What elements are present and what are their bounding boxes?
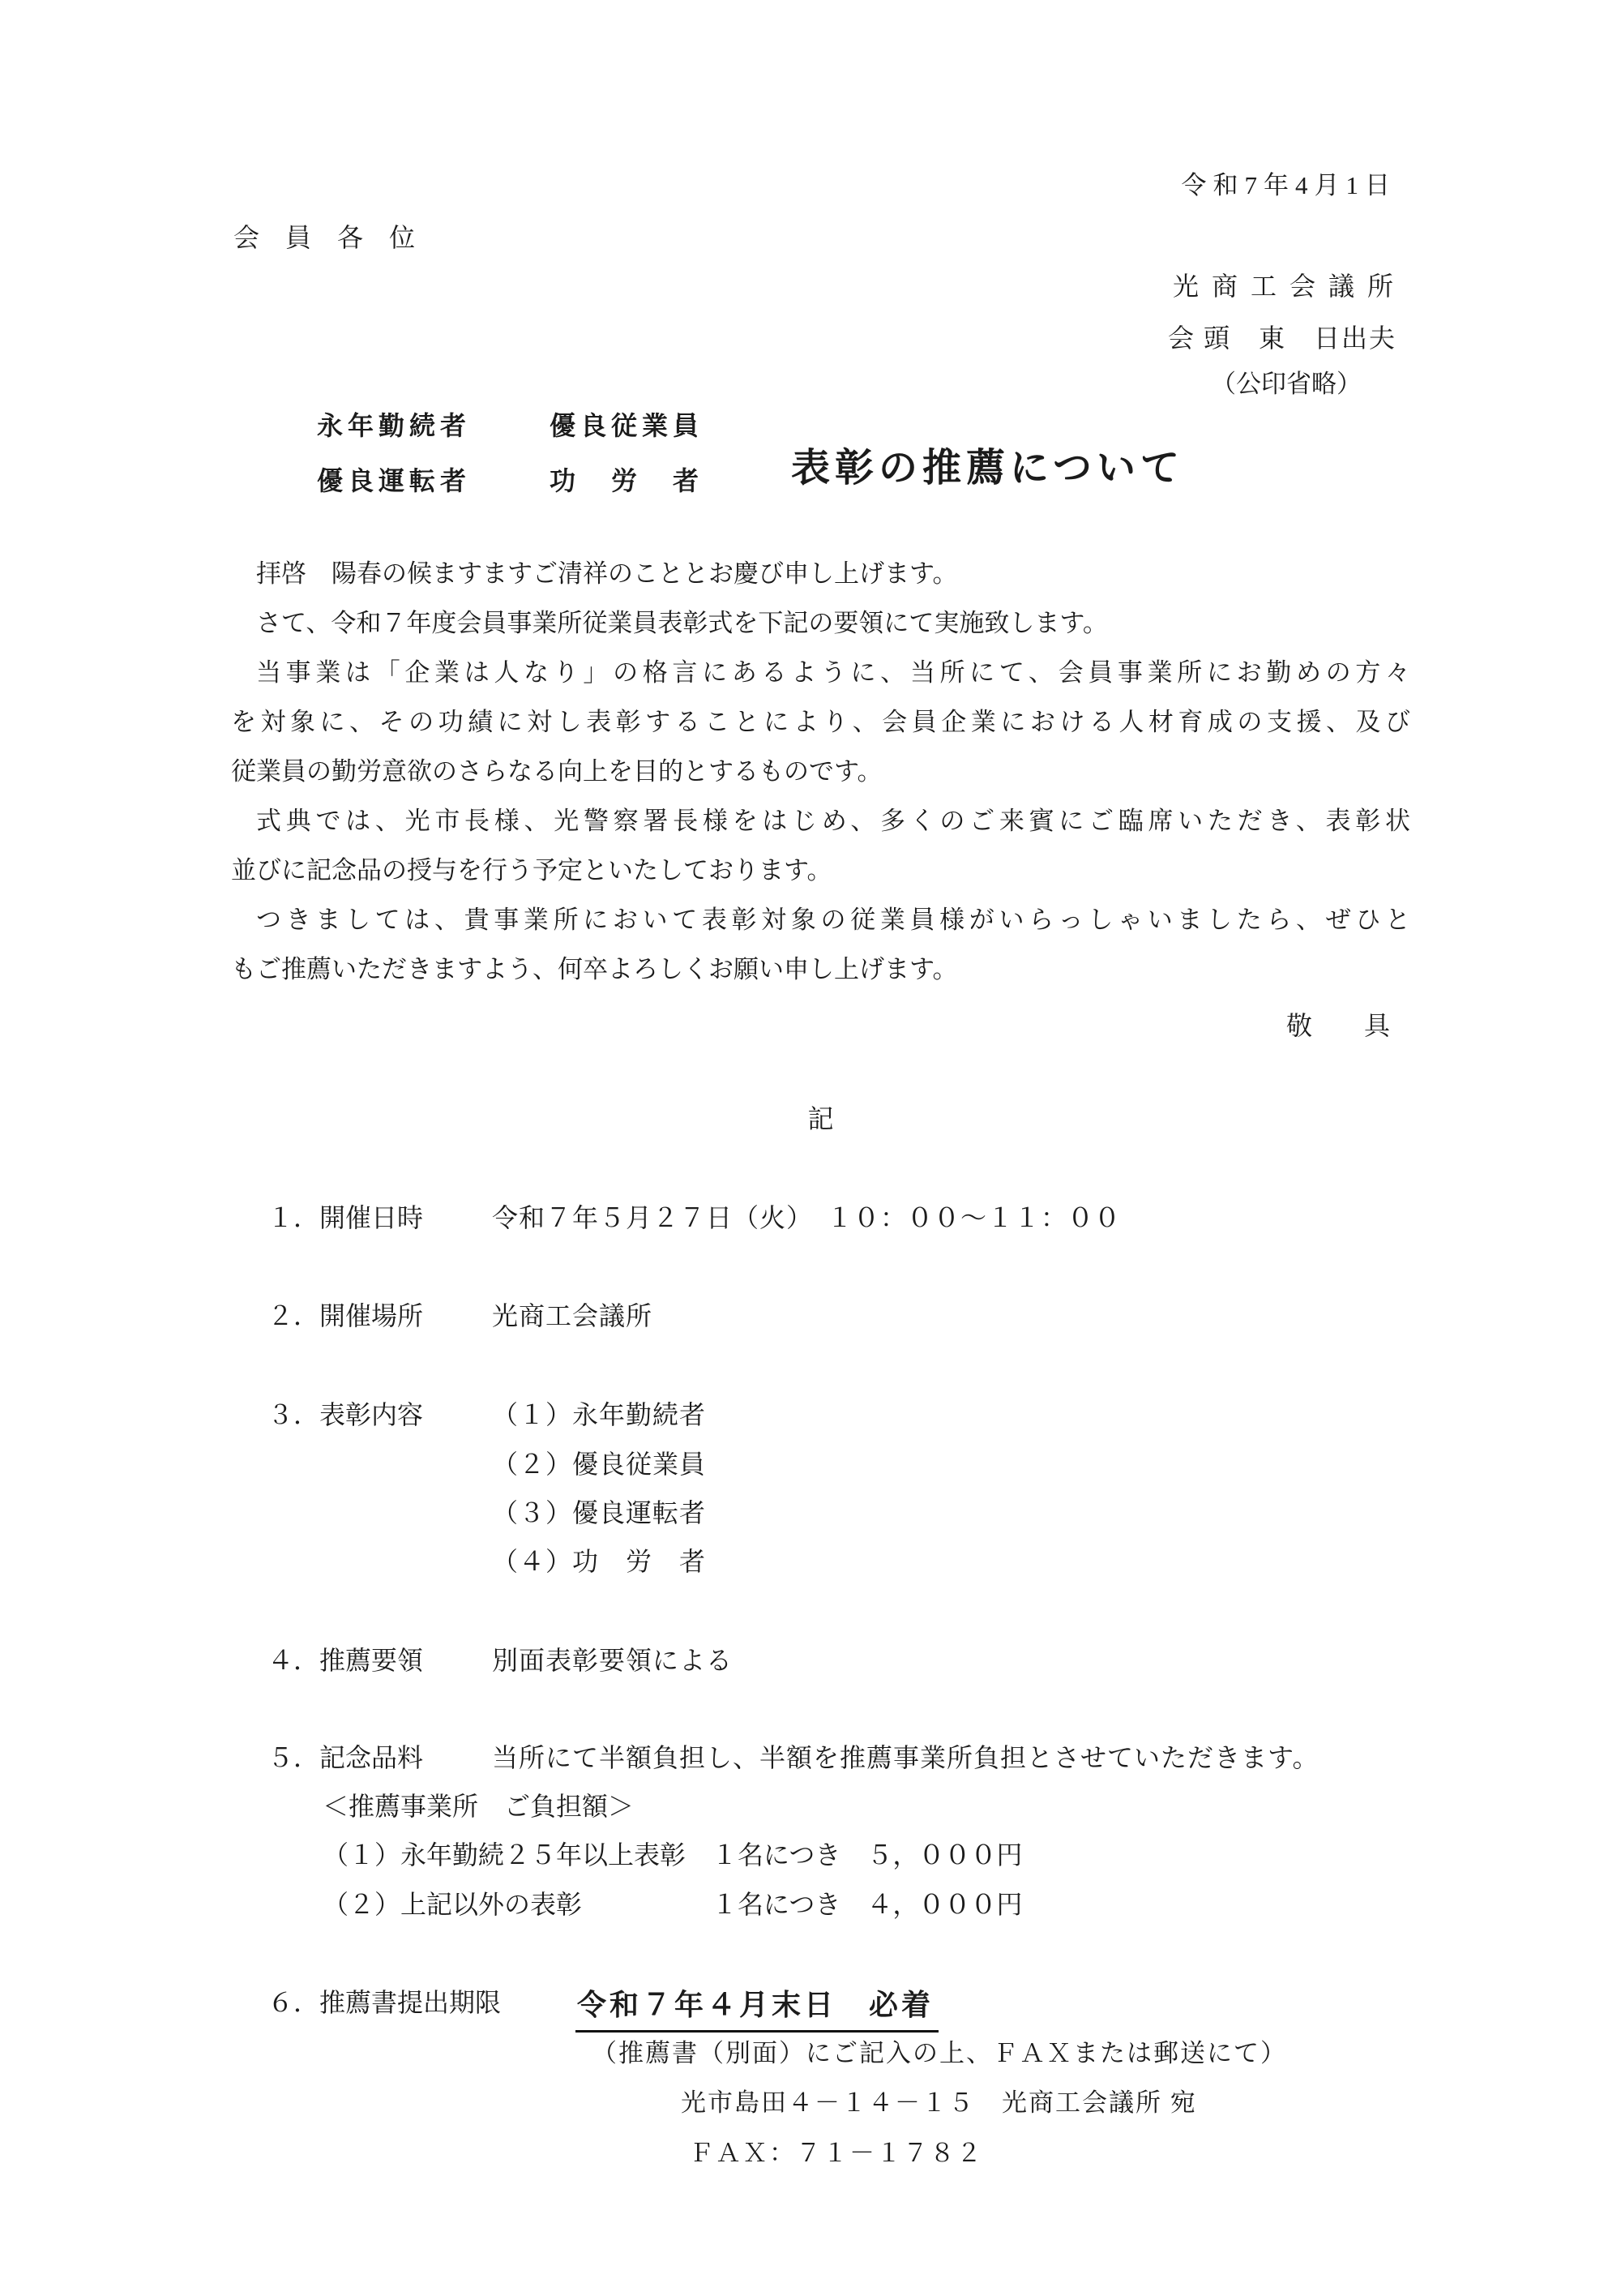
item-6-address: 光市島田４－１４－１５ 光商工会議所 宛 [0,2082,1621,2119]
item-value: 当所にて半額負担し、半額を推薦事業所負担とさせていただきます。 [492,1737,1319,1775]
item-value: 令和７年５月２７日（火） １０：００～１１：００ [492,1197,1121,1235]
recipient-line: 会 員 各 位 [233,217,415,255]
item-value: （３）優良運転者 [492,1493,706,1530]
letter-body: 拝啓 陽春の候ますますご清祥のこととお慶び申し上げます。 さて、令和７年度会員事… [231,549,1410,994]
item-value: 別面表彰要領による [492,1640,733,1677]
sender-organization: 光 商 工 会 議 所 [1173,266,1396,303]
item-5-burden-heading: ＜推薦事業所 ご負担額＞ [0,1786,1621,1823]
deadline-value-underlined: 令和７年４月末日 必着 [575,1982,939,2033]
item-5-burden-line: （２）上記以外の表彰 １名につき ４，０００円 [0,1884,1621,1921]
award-category-longservice: 永年勤続者 [317,405,471,443]
item-value: （２）優良従業員 [492,1444,706,1481]
burden-line: （２）上記以外の表彰 １名につき ４，０００円 [323,1884,1022,1921]
item-3-subitem: （２）優良従業員 [0,1444,1621,1481]
burden-line: （１）永年勤続２５年以上表彰 １名につき ５，０００円 [323,1835,1022,1872]
submission-method-note: （推薦書（別面）にご記入の上、ＦＡＸまたは郵送にて） [592,2033,1287,2069]
item-label: ４．推薦要領 [267,1640,423,1677]
item-3-subitem: （３）優良運転者 [0,1493,1621,1530]
award-category-merit: 功 労 者 [550,460,704,498]
seal-omitted-note: （公印省略） [1211,363,1362,400]
item-5-souvenir-fee: ５．記念品料 当所にて半額負担し、半額を推薦事業所負担とさせていただきます。 [0,1737,1621,1775]
document-title: 表彰の推薦について [791,436,1184,492]
body-line: 拝啓 陽春の候ますますご清祥のこととお慶び申し上げます。 [231,549,1410,598]
item-6-fax: ＦＡＸ：７１－１７８２ [0,2132,1621,2170]
body-line: 並びに記念品の授与を行う予定といたしております。 [231,846,1410,895]
item-value: 光商工会議所 [492,1296,652,1333]
award-category-excellent-driver: 優良運転者 [317,460,471,498]
item-label: ２．開催場所 [267,1296,423,1333]
body-line: つきましては、貴事業所において表彰対象の従業員様がいらっしゃいましたら、ぜひと [231,895,1410,945]
body-line: 従業員の勤労意欲のさらなる向上を目的とするものです。 [231,747,1410,796]
item-label: １．開催日時 [267,1197,423,1235]
sender-president-name: 会 頭 東 日出夫 [1168,318,1396,355]
item-1-date-time: １．開催日時 令和７年５月２７日（火） １０：００～１１：００ [0,1197,1621,1235]
date-line: 令和7年4月1日 [1182,165,1397,201]
item-3-subitem: （４）功 労 者 [0,1541,1621,1578]
award-category-excellent-employee: 優良従業員 [550,405,704,443]
burden-heading: ＜推薦事業所 ご負担額＞ [323,1786,634,1823]
item-6-note: （推薦書（別面）にご記入の上、ＦＡＸまたは郵送にて） [0,2033,1621,2070]
body-line: を対象に、その功績に対し表彰することにより、会員企業における人材育成の支援、及び [231,697,1410,747]
item-3-award-contents: ３．表彰内容 （１）永年勤続者 [0,1394,1621,1432]
item-label: ３．表彰内容 [267,1394,423,1432]
item-6-submission-deadline: ６．推薦書提出期限 令和７年４月末日 必着 [0,1982,1621,2020]
item-value: （４）功 労 者 [492,1541,706,1578]
item-label: ５．記念品料 [267,1737,423,1775]
item-4-recommendation-guideline: ４．推薦要領 別面表彰要領による [0,1640,1621,1677]
record-heading: 記 [231,1099,1410,1136]
item-label: ６．推薦書提出期限 [267,1982,501,2020]
body-line: さて、令和７年度会員事業所従業員表彰式を下記の要領にて実施致します。 [231,598,1410,648]
body-line: もご推薦いただきますよう、何卒よろしくお願い申し上げます。 [231,945,1410,994]
mailing-address: 光市島田４－１４－１５ 光商工会議所 宛 [681,2082,1197,2118]
item-value: （１）永年勤続者 [492,1394,706,1432]
body-line: 当事業は「企業は人なり」の格言にあるように、当所にて、会員事業所にお勤めの方々 [231,648,1410,697]
item-2-venue: ２．開催場所 光商工会議所 [0,1296,1621,1333]
item-5-burden-line: （１）永年勤続２５年以上表彰 １名につき ５，０００円 [0,1835,1621,1872]
body-line: 式典では、光市長様、光警察署長様をはじめ、多くのご来賓にご臨席いただき、表彰状 [231,796,1410,846]
document-page: 令和7年4月1日 会 員 各 位 光 商 工 会 議 所 会 頭 東 日出夫 （… [0,0,1621,2296]
closing-salutation: 敬 具 [1286,1005,1390,1043]
fax-number: ＦＡＸ：７１－１７８２ [689,2132,983,2169]
